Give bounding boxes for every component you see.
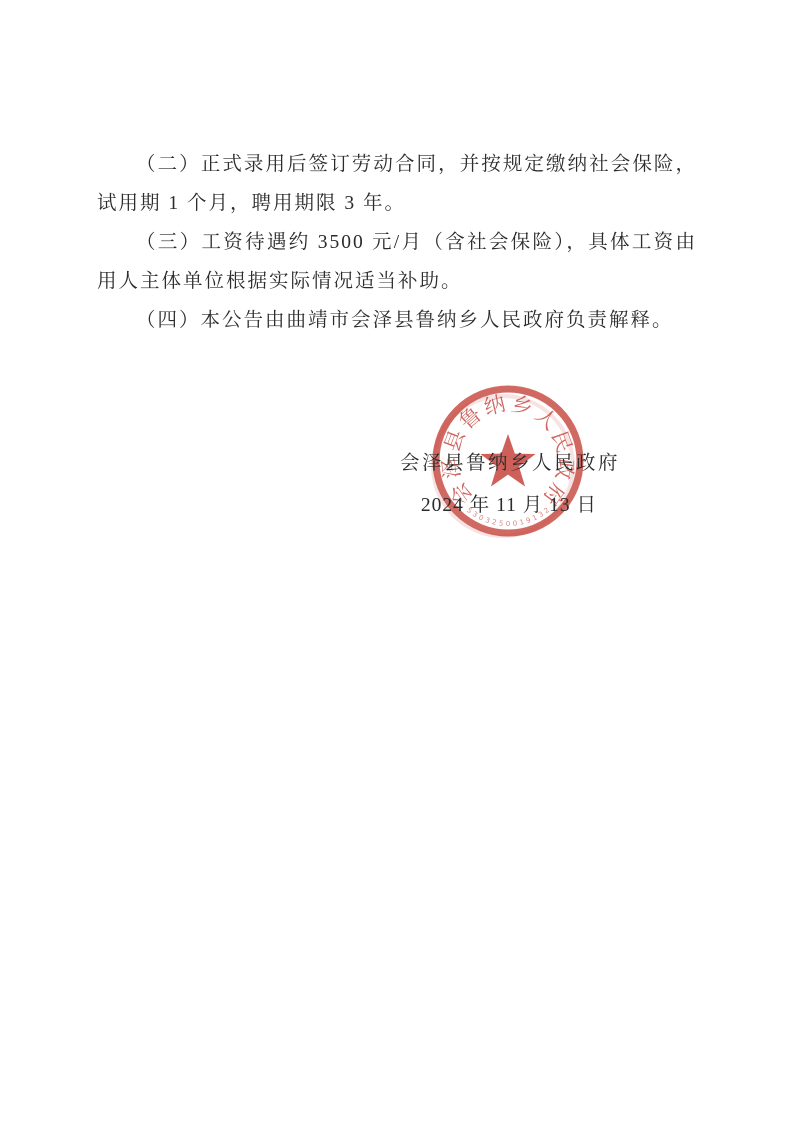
- signature-block: 会泽县鲁纳乡人民政府 2024 年 11 月 13 日: [97, 443, 697, 527]
- paragraph-item-2: （二）正式录用后签订劳动合同，并按规定缴纳社会保险，试用期 1 个月，聘用期限 …: [97, 145, 697, 223]
- document-body: （二）正式录用后签订劳动合同，并按规定缴纳社会保险，试用期 1 个月，聘用期限 …: [97, 145, 697, 527]
- signature-line: 会泽县鲁纳乡人民政府: [97, 443, 697, 485]
- date-line: 2024 年 11 月 13 日: [97, 485, 697, 527]
- paragraph-item-4: （四）本公告由曲靖市会泽县鲁纳乡人民政府负责解释。: [97, 301, 697, 340]
- paragraph-item-3: （三）工资待遇约 3500 元/月（含社会保险），具体工资由用人主体单位根据实际…: [97, 223, 697, 301]
- document-page: （二）正式录用后签订劳动合同，并按规定缴纳社会保险，试用期 1 个月，聘用期限 …: [0, 0, 794, 1123]
